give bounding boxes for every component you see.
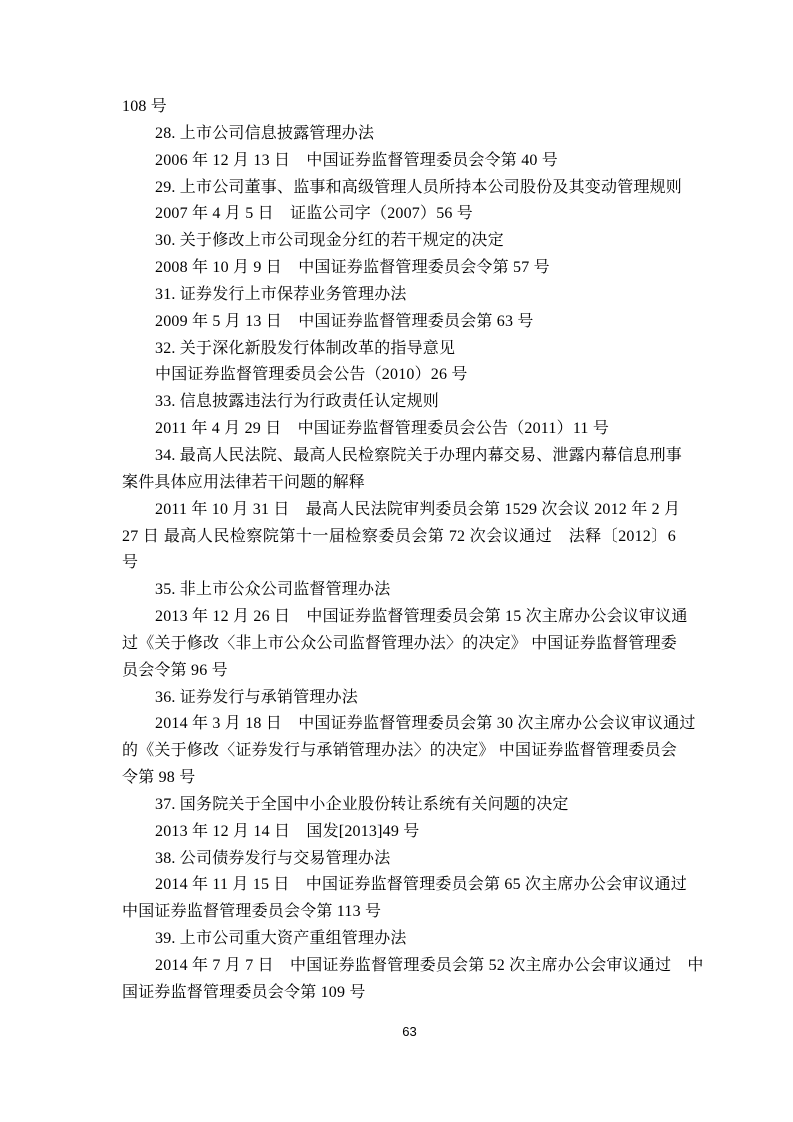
text-line: 30. 关于修改上市公司现金分红的若干规定的决定 (122, 228, 676, 255)
text-line: 33. 信息披露违法行为行政责任认定规则 (122, 389, 676, 416)
text-line: 2014 年 11 月 15 日 中国证券监督管理委员会第 65 次主席办公会审… (122, 872, 676, 899)
text-line: 过《关于修改〈非上市公众公司监督管理办法〉的决定》 中国证券监督管理委 (122, 631, 676, 658)
text-line: 27 日 最高人民检察院第十一届检察委员会第 72 次会议通过 法释〔2012〕… (122, 524, 676, 551)
text-line: 108 号 (122, 94, 676, 121)
text-line: 号 (122, 550, 676, 577)
text-line: 2009 年 5 月 13 日 中国证券监督管理委员会第 63 号 (122, 309, 676, 336)
text-line: 的《关于修改〈证券发行与承销管理办法〉的决定》 中国证券监督管理委员会 (122, 738, 676, 765)
text-line: 令第 98 号 (122, 765, 676, 792)
text-line: 38. 公司债券发行与交易管理办法 (122, 846, 676, 873)
text-line: 28. 上市公司信息披露管理办法 (122, 121, 676, 148)
text-line: 2006 年 12 月 13 日 中国证券监督管理委员会令第 40 号 (122, 148, 676, 175)
text-line: 31. 证券发行上市保荐业务管理办法 (122, 282, 676, 309)
text-line: 36. 证券发行与承销管理办法 (122, 685, 676, 712)
text-line: 2014 年 3 月 18 日 中国证券监督管理委员会第 30 次主席办公会议审… (122, 711, 676, 738)
text-line: 2013 年 12 月 14 日 国发[2013]49 号 (122, 819, 676, 846)
text-line: 32. 关于深化新股发行体制改革的指导意见 (122, 336, 676, 363)
page-number: 63 (402, 1024, 416, 1039)
text-line: 2011 年 4 月 29 日 中国证券监督管理委员会公告（2011）11 号 (122, 416, 676, 443)
body-lines: 108 号28. 上市公司信息披露管理办法2006 年 12 月 13 日 中国… (122, 94, 676, 1007)
text-line: 2011 年 10 月 31 日 最高人民法院审判委员会第 1529 次会议 2… (122, 497, 676, 524)
text-line: 员会令第 96 号 (122, 658, 676, 685)
text-line: 34. 最高人民法院、最高人民检察院关于办理内幕交易、泄露内幕信息刑事 (122, 443, 676, 470)
page-footer: 63 (0, 1024, 793, 1040)
text-line: 2008 年 10 月 9 日 中国证券监督管理委员会令第 57 号 (122, 255, 676, 282)
document-page: 108 号28. 上市公司信息披露管理办法2006 年 12 月 13 日 中国… (0, 0, 793, 1122)
text-line: 案件具体应用法律若干问题的解释 (122, 470, 676, 497)
text-line: 中国证券监督管理委员会公告（2010）26 号 (122, 362, 676, 389)
text-line: 国证券监督管理委员会令第 109 号 (122, 980, 676, 1007)
text-line: 2013 年 12 月 26 日 中国证券监督管理委员会第 15 次主席办公会议… (122, 604, 676, 631)
text-line: 2014 年 7 月 7 日 中国证券监督管理委员会第 52 次主席办公会审议通… (122, 953, 676, 980)
text-line: 29. 上市公司董事、监事和高级管理人员所持本公司股份及其变动管理规则 (122, 175, 676, 202)
text-line: 2007 年 4 月 5 日 证监公司字（2007）56 号 (122, 201, 676, 228)
text-line: 35. 非上市公众公司监督管理办法 (122, 577, 676, 604)
text-line: 39. 上市公司重大资产重组管理办法 (122, 926, 676, 953)
text-line: 中国证券监督管理委员会令第 113 号 (122, 899, 676, 926)
text-line: 37. 国务院关于全国中小企业股份转让系统有关问题的决定 (122, 792, 676, 819)
